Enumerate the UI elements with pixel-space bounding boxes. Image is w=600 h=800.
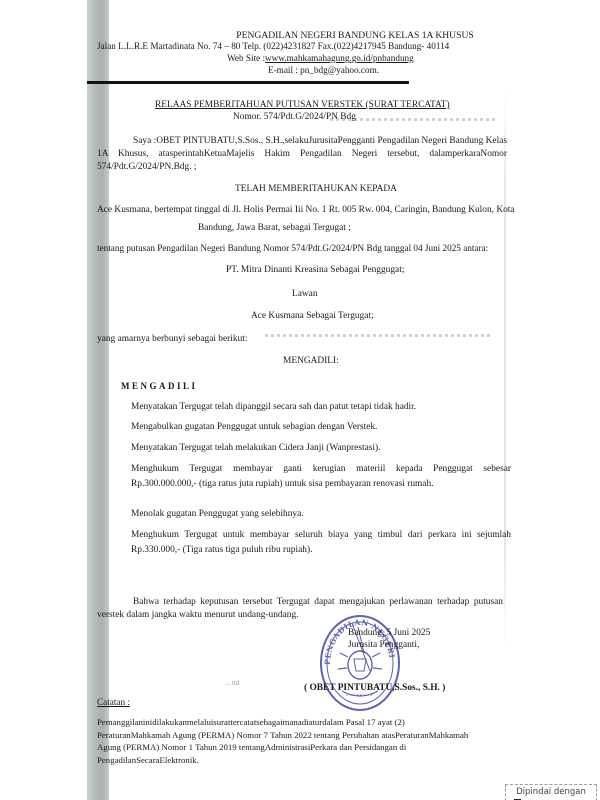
closing-paragraph: Bahwa terhadap keputusan tersebut Tergug… [97,596,503,622]
scan-noise [330,118,495,121]
court-website: Web Site :www.mahkamahagung.go.id/pnband… [227,53,414,65]
scanner-badge-label: Dipindai dengan [516,787,586,797]
verdict-item: Menolak gugatan Penggugat yang selebihny… [131,507,511,522]
notes-text: Pemanggilaninidilakukanmelaluisuratterca… [97,716,477,766]
signature-place-date: Bandung, 5 Juni 2025 [348,628,430,640]
signatory-name: ( OBET PINTUBATU,S.Sos., S.H. ) [304,683,445,695]
verdict-item: Menyatakan Tergugat telah dipanggil seca… [131,400,511,415]
scan-noise [265,334,490,337]
defendant-line: Ace Kusmana Sebagai Tergugat; [251,311,374,323]
letterhead-divider [87,81,409,84]
court-document: PENGADILAN NEGERI BANDUNG KELAS 1A KHUSU… [0,0,600,800]
verdict-item-line-2: Rp.300.000.000,- (tiga ratus juta rupiah… [131,479,434,489]
notified-heading: TELAH MEMBERITAHUKAN KEPADA [235,184,397,196]
court-address: Jalan L.L.R.E Martadinata No. 74 – 80 Te… [97,41,449,53]
scanner-badge: Dipindai dengan [505,784,597,800]
verdict-item: Menghukum Tergugat membayar ganti kerugi… [131,462,511,492]
verdict-item: Menyatakan Tergugat telah melakukan Cide… [131,441,511,456]
verdict-item-line-1: Menghukum Tergugat membayar ganti kerugi… [131,462,511,477]
faded-text: ... ttd [225,679,239,688]
website-label: Web Site : [227,53,265,63]
regarding-line: tentang putusan Pengadilan Negeri Bandun… [97,243,488,255]
document-title: RELAAS PEMBERITAHUAN PUTUSAN VERSTEK (SU… [155,100,450,112]
verdict-intro: yang amarnya berbunyi sebagai berikut: [97,334,247,346]
mengadili-center-heading: MENGADILI: [283,356,339,368]
website-link[interactable]: www.mahkamahagung.go.id/pnbandung [265,53,414,63]
recipient-line-2: Bandung, Jawa Barat, sebagai Tergugat ; [198,223,351,235]
notes-label: Catatan : [97,697,130,709]
opening-paragraph: Saya :OBET PINTUBATU,S.Sos., S.H.,selaku… [97,135,507,174]
verdict-item: Menghukum Tergugat untuk membayar seluru… [131,528,511,558]
court-email: E-mail : pn_bdg@yahoo.com. [268,65,379,77]
recipient-line-1: Ace Kusmana, bertempat tinggal di Jl. Ho… [97,205,515,217]
versus-line: Lawan [292,289,318,301]
verdict-item-line-1: Menghukum Tergugat untuk membayar seluru… [131,528,511,543]
signature-role: Jurusita Pengganti, [348,640,419,652]
plaintiff-line: PT. Mitra Dinanti Kreasina Sebagai Pengg… [226,265,404,277]
verdict-item-line-2: Rp.330.000,- (Tiga ratus tiga puluh ribu… [131,545,312,555]
verdict-item: Mengabulkan gugatan Penggugat untuk seba… [131,420,511,435]
mengadili-heading: MENGADILI [121,381,198,392]
